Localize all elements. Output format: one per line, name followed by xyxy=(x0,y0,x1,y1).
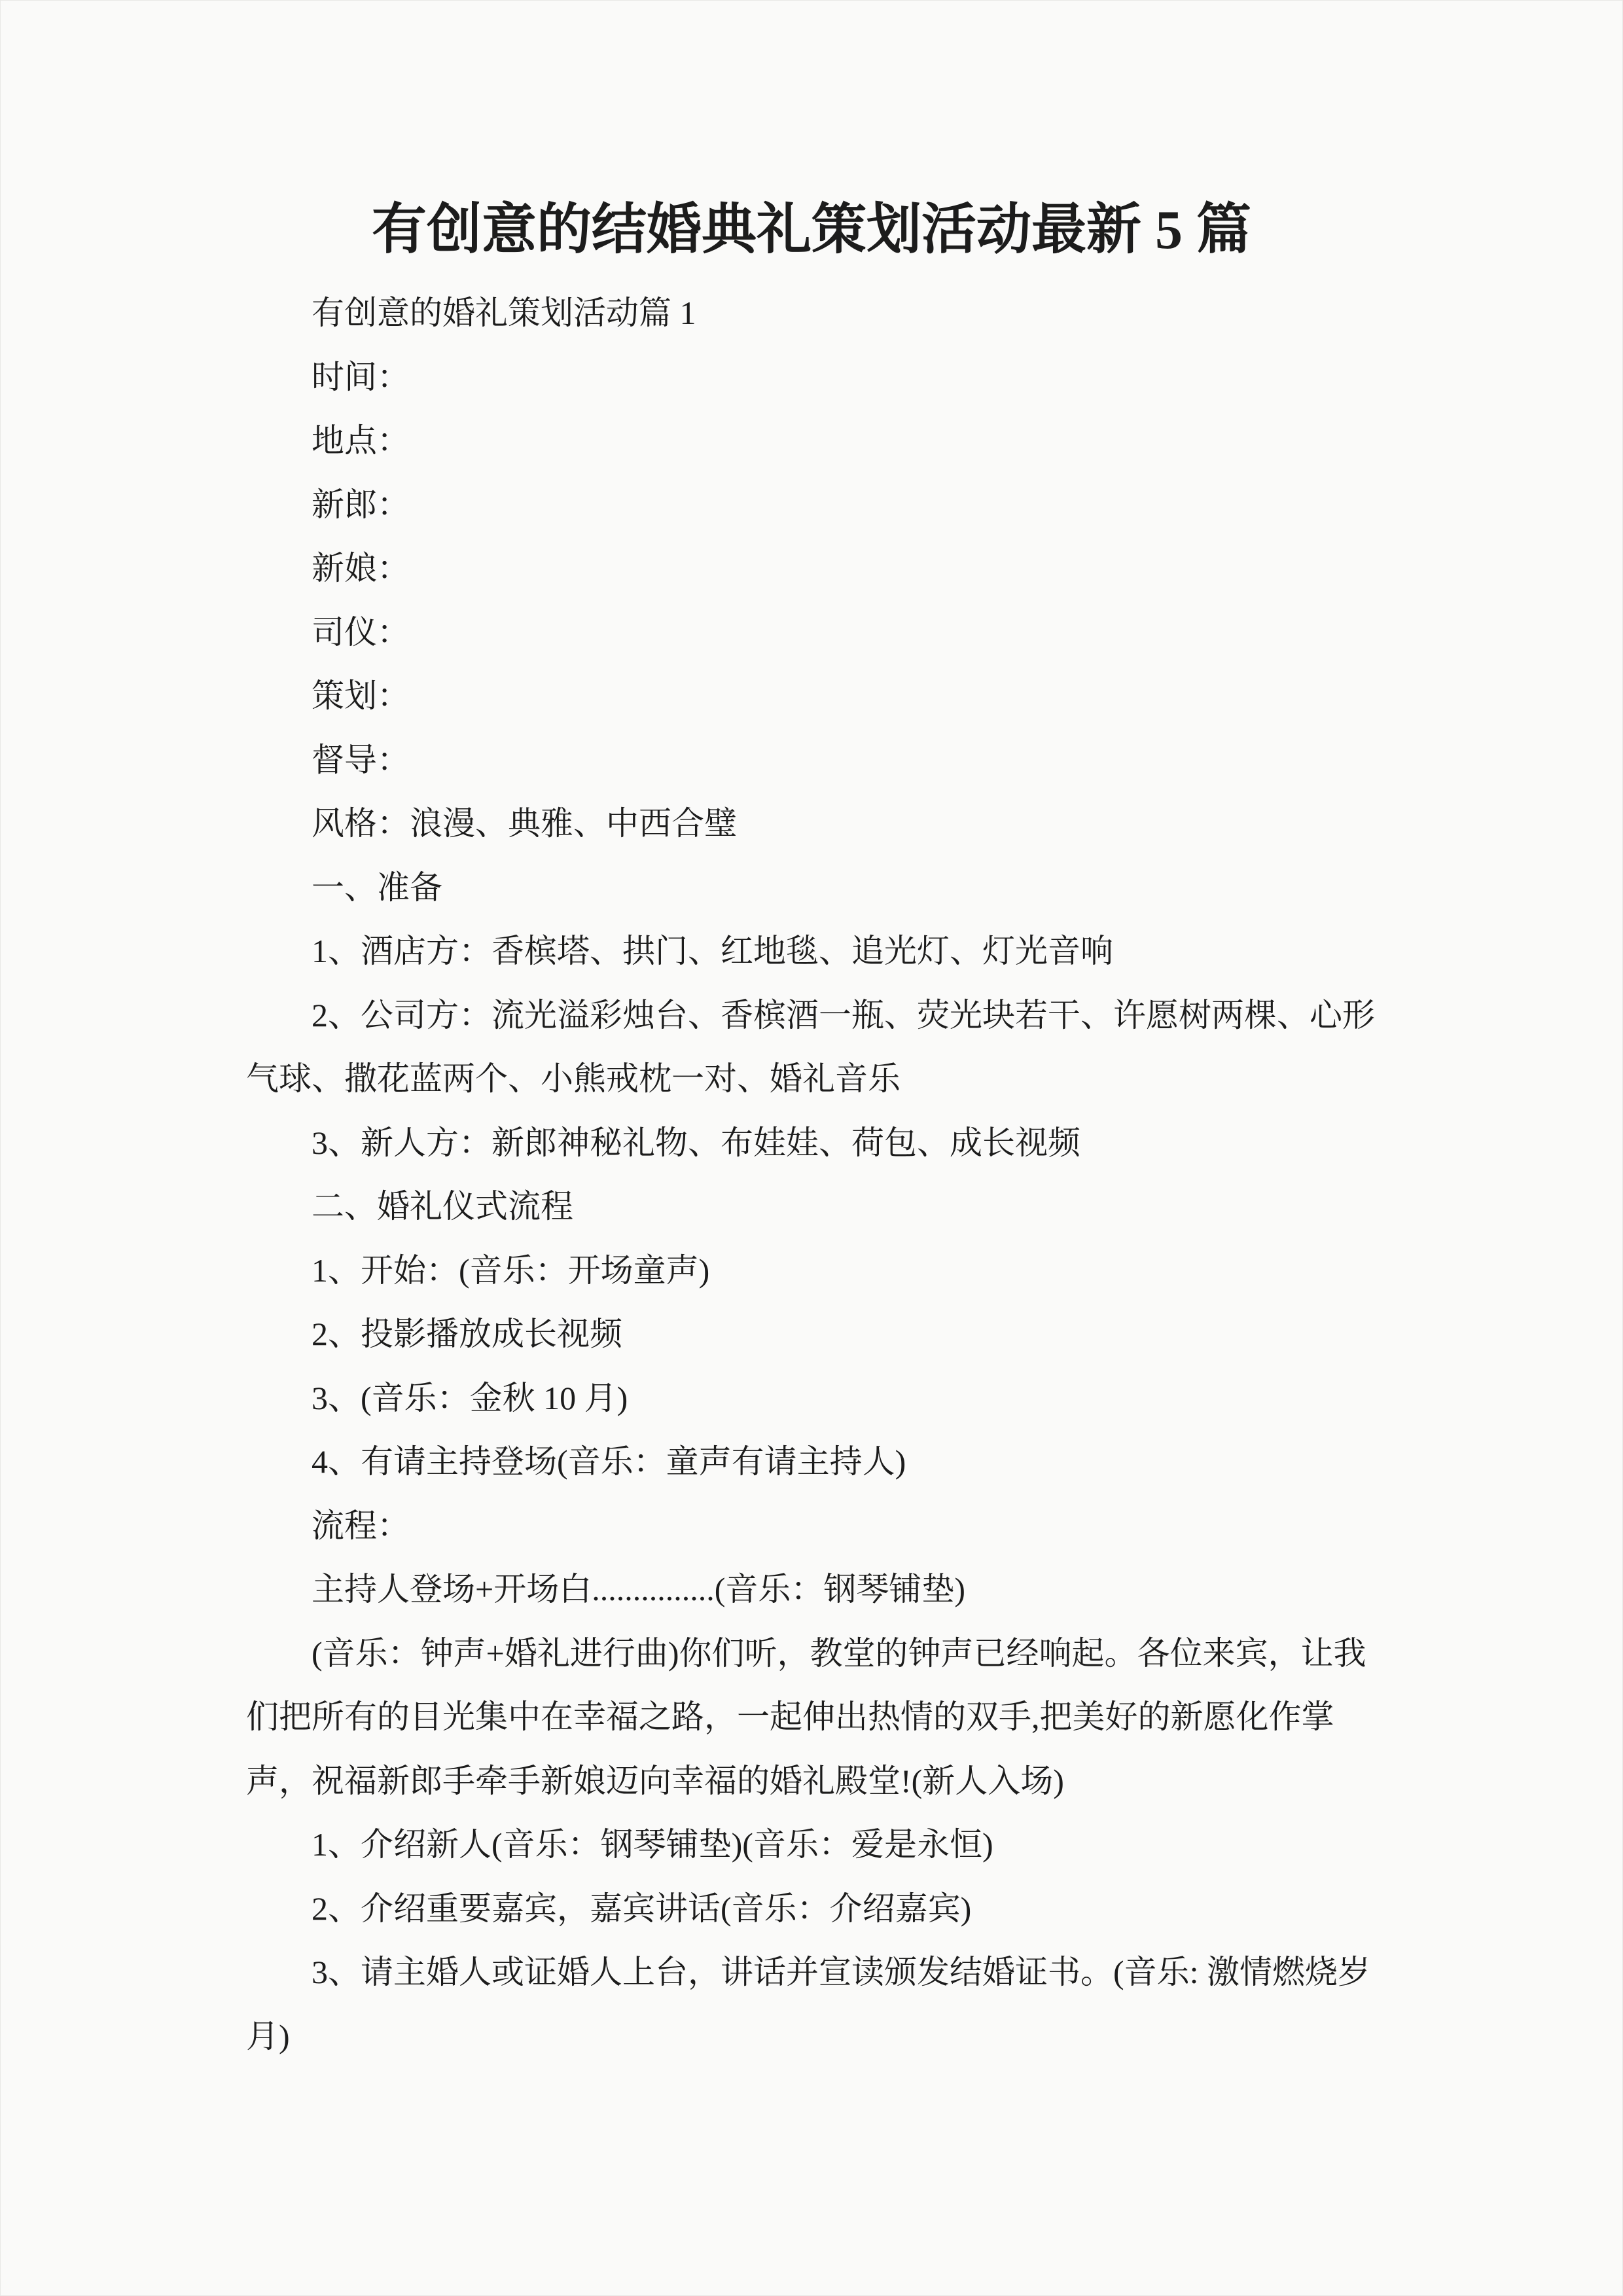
doc-paragraph: 3、请主婚人或证婚人上台，讲话并宣读颁发结婚证书。(音乐: 激情燃烧岁月) xyxy=(246,1941,1377,2068)
doc-paragraph: 2、公司方：流光溢彩烛台、香槟酒一瓶、荧光块若干、许愿树两棵、心形气球、撒花蓝两… xyxy=(246,984,1377,1111)
doc-paragraph: 时间： xyxy=(246,346,1377,410)
doc-paragraph: 新郎： xyxy=(246,473,1377,537)
doc-section-heading: 二、婚礼仪式流程 xyxy=(246,1175,1377,1239)
doc-section-heading: 一、准备 xyxy=(246,856,1377,920)
doc-paragraph: 流程： xyxy=(246,1494,1377,1558)
doc-paragraph: 主持人登场+开场白...............(音乐：钢琴铺垫) xyxy=(246,1558,1377,1622)
doc-paragraph: 风格：浪漫、典雅、中西合璧 xyxy=(246,792,1377,856)
doc-paragraph: 2、介绍重要嘉宾，嘉宾讲话(音乐：介绍嘉宾) xyxy=(246,1877,1377,1941)
doc-paragraph: 新娘： xyxy=(246,537,1377,601)
doc-paragraph: 地点： xyxy=(246,409,1377,473)
doc-paragraph: 督导： xyxy=(246,728,1377,793)
document-title: 有创意的结婚典礼策划活动最新 5 篇 xyxy=(246,197,1377,263)
document-body: 有创意的婚礼策划活动篇 1 时间： 地点： 新郎： 新娘： 司仪： 策划： 督导… xyxy=(246,281,1377,2068)
doc-paragraph: (音乐：钟声+婚礼进行曲)你们听，教堂的钟声已经响起。各位来宾，让我们把所有的目… xyxy=(246,1622,1377,1814)
doc-paragraph: 3、(音乐：金秋 10 月) xyxy=(246,1367,1377,1431)
doc-subtitle: 有创意的婚礼策划活动篇 1 xyxy=(246,281,1377,346)
doc-paragraph: 3、新人方：新郎神秘礼物、布娃娃、荷包、成长视频 xyxy=(246,1111,1377,1175)
doc-paragraph: 司仪： xyxy=(246,601,1377,665)
doc-paragraph: 1、介绍新人(音乐：钢琴铺垫)(音乐：爱是永恒) xyxy=(246,1813,1377,1877)
doc-paragraph: 2、投影播放成长视频 xyxy=(246,1302,1377,1367)
doc-paragraph: 4、有请主持登场(音乐：童声有请主持人) xyxy=(246,1430,1377,1494)
document-page: 有创意的结婚典礼策划活动最新 5 篇 有创意的婚礼策划活动篇 1 时间： 地点：… xyxy=(0,0,1623,2296)
doc-paragraph: 1、酒店方：香槟塔、拱门、红地毯、追光灯、灯光音响 xyxy=(246,920,1377,984)
doc-paragraph: 1、开始：(音乐：开场童声) xyxy=(246,1239,1377,1303)
doc-paragraph: 策划： xyxy=(246,664,1377,728)
